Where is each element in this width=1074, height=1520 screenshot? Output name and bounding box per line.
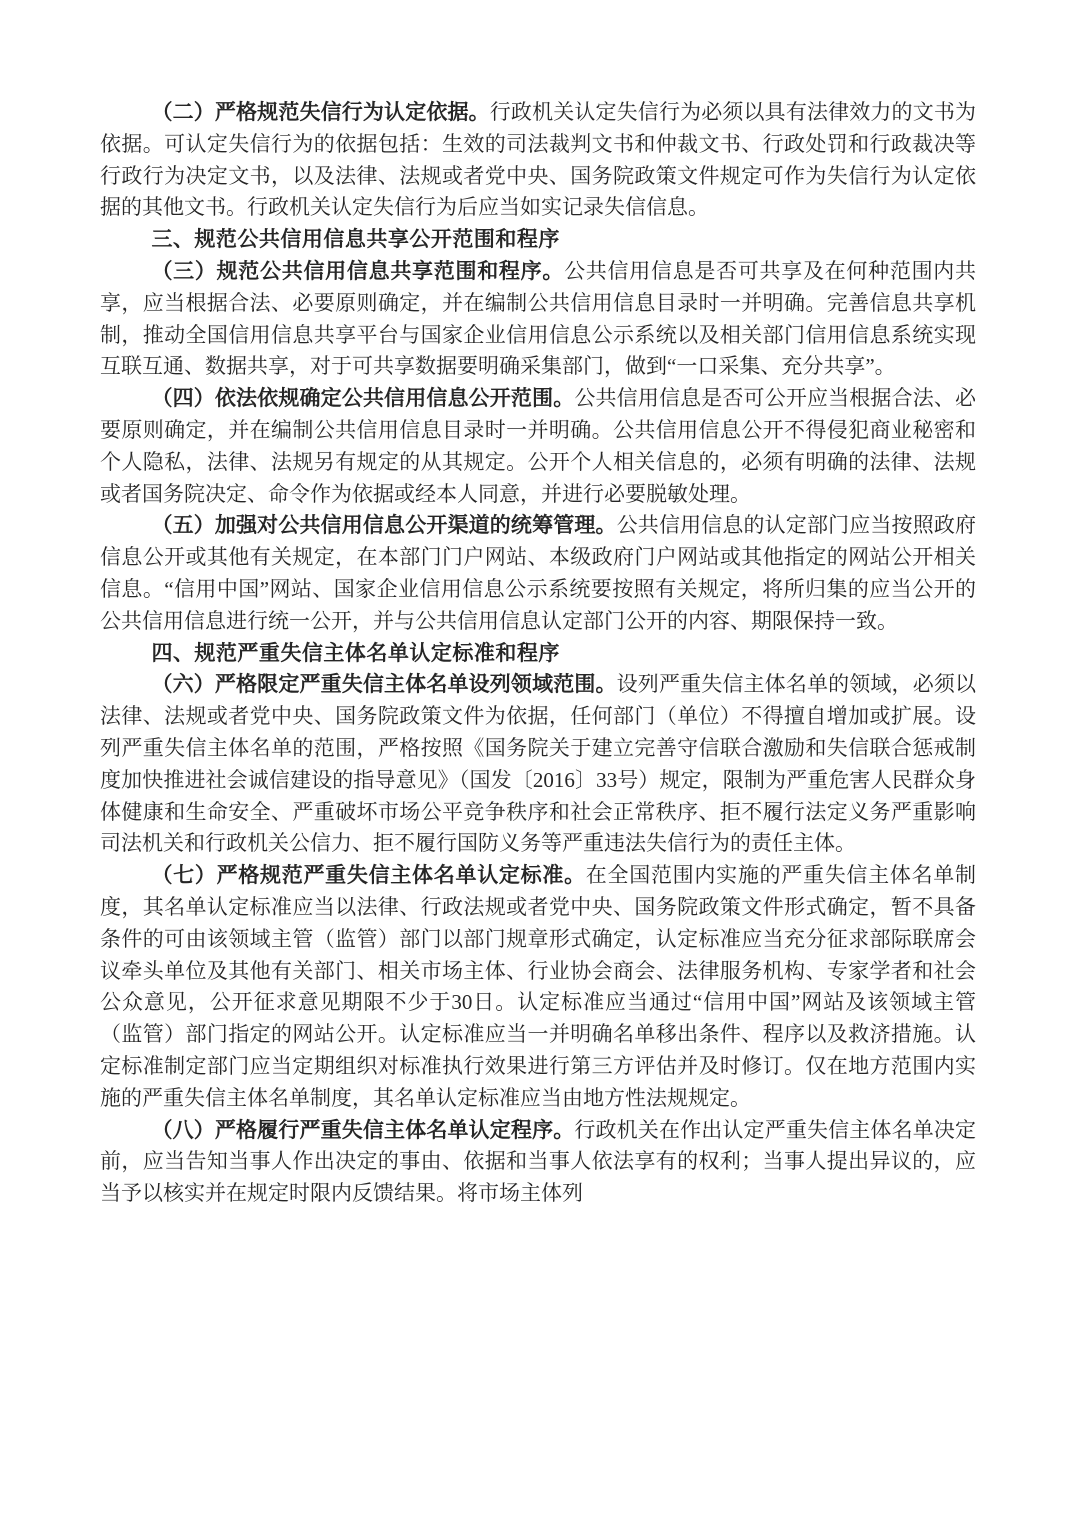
document-page: （二）严格规范失信行为认定依据。行政机关认定失信行为必须以具有法律效力的文书为依… [0, 0, 1074, 1520]
paragraph: （三）规范公共信用信息共享范围和程序。公共信用信息是否可共享及在何种范围内共享，… [100, 256, 976, 383]
paragraph-lead: （八）严格履行严重失信主体名单认定程序。 [151, 1118, 574, 1142]
paragraph-lead: （六）严格限定严重失信主体名单设列领域范围。 [151, 672, 616, 696]
paragraph: （五）加强对公共信用信息公开渠道的统筹管理。公共信用信息的认定部门应当按照政府信… [100, 510, 976, 637]
paragraph-lead: （七）严格规范严重失信主体名单认定标准。 [151, 863, 585, 887]
paragraph: （七）严格规范严重失信主体名单认定标准。在全国范围内实施的严重失信主体名单制度，… [100, 860, 976, 1114]
section-heading: 三、规范公共信用信息共享公开范围和程序 [100, 224, 976, 256]
paragraph-lead: （五）加强对公共信用信息公开渠道的统筹管理。 [151, 513, 616, 537]
document-body: （二）严格规范失信行为认定依据。行政机关认定失信行为必须以具有法律效力的文书为依… [100, 97, 976, 1210]
section-heading: 四、规范严重失信主体名单认定标准和程序 [100, 638, 976, 670]
paragraph-lead: （二）严格规范失信行为认定依据。 [151, 100, 489, 124]
paragraph-text: 设列严重失信主体名单的领域，必须以法律、法规或者党中央、国务院政策文件为依据，任… [100, 672, 976, 855]
paragraph: （二）严格规范失信行为认定依据。行政机关认定失信行为必须以具有法律效力的文书为依… [100, 97, 976, 224]
paragraph: （四）依法依规确定公共信用信息公开范围。公共信用信息是否可公开应当根据合法、必要… [100, 383, 976, 510]
paragraph: （六）严格限定严重失信主体名单设列领域范围。设列严重失信主体名单的领域，必须以法… [100, 669, 976, 860]
paragraph-text: 在全国范围内实施的严重失信主体名单制度，其名单认定标准应当以法律、行政法规或者党… [100, 863, 976, 1110]
paragraph-lead: （四）依法依规确定公共信用信息公开范围。 [151, 386, 574, 410]
paragraph: （八）严格履行严重失信主体名单认定程序。行政机关在作出认定严重失信主体名单决定前… [100, 1115, 976, 1210]
paragraph-lead: （三）规范公共信用信息共享范围和程序。 [151, 259, 564, 283]
